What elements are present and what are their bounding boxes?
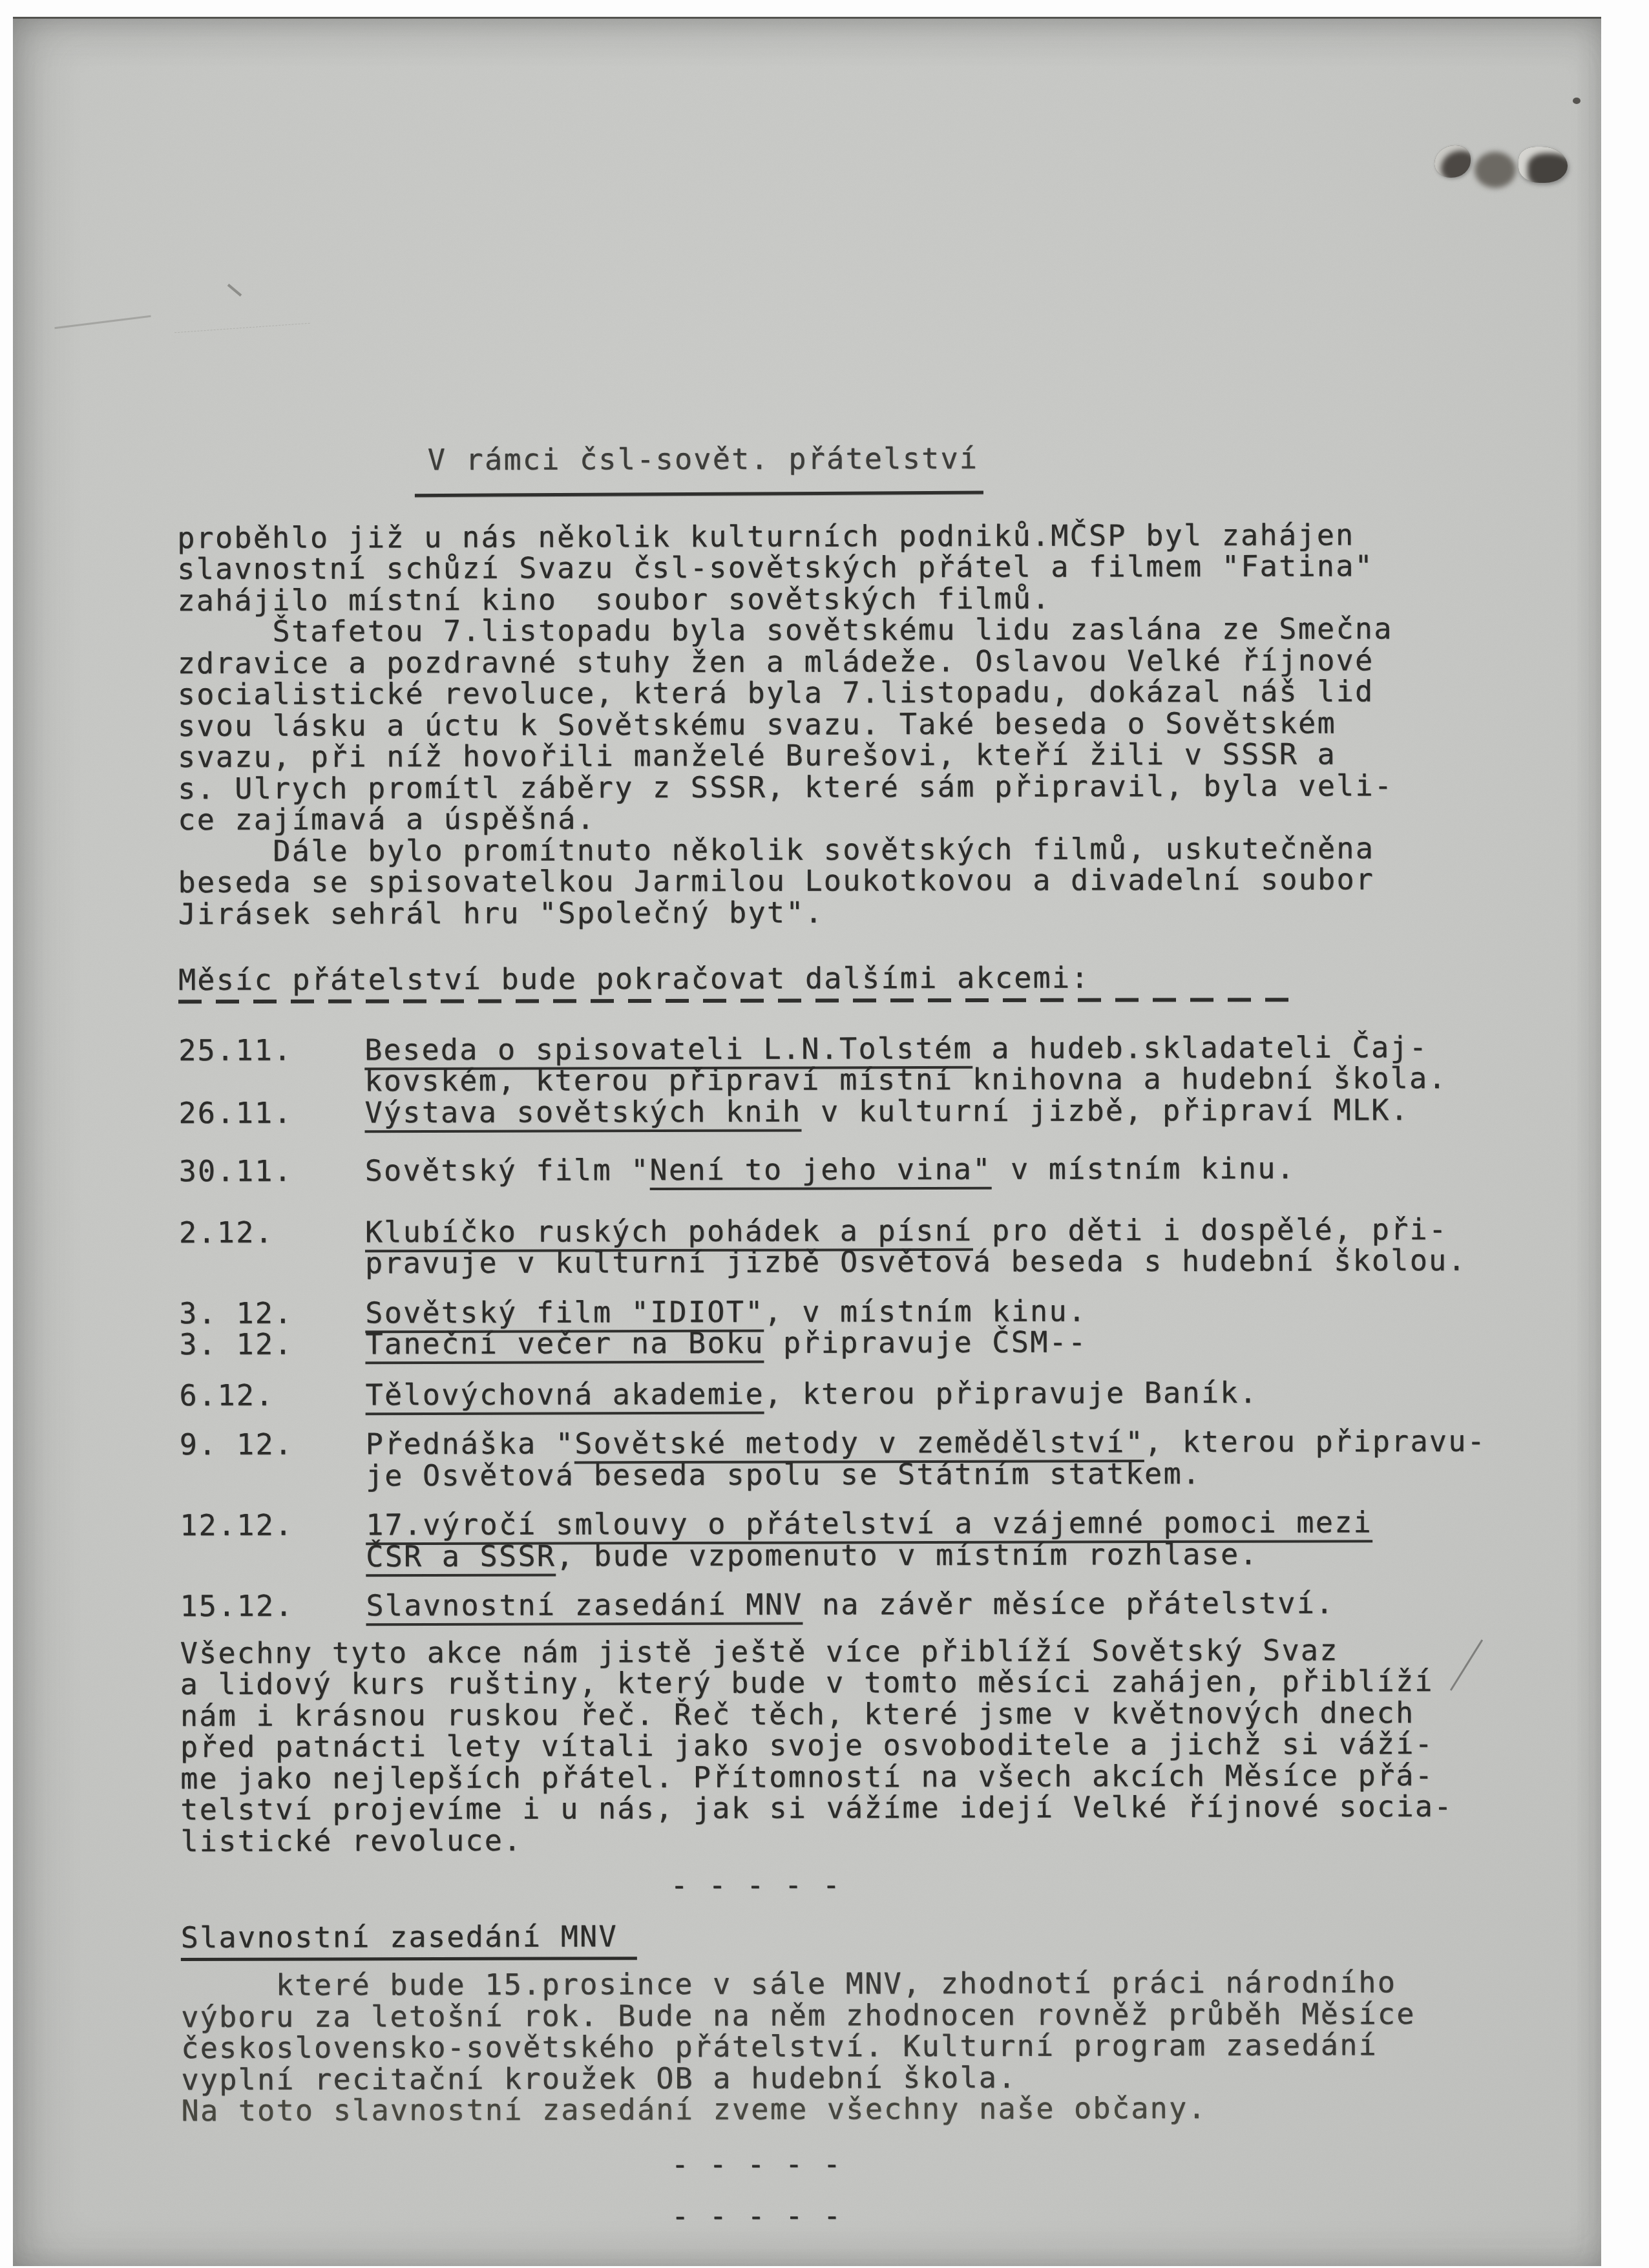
schedule-item-date: 25.11. [178, 1034, 364, 1098]
text-line: Klubíčko ruských pohádek a písní pro dět… [365, 1213, 1471, 1248]
schedule-item: 3. 12.Taneční večer na Boku připravuje Č… [179, 1326, 1471, 1361]
text-line: beseda se spisovatelkou Jarmilou Loukotk… [178, 864, 1470, 899]
schedule-item: 30.11.Sovětský film "Není to jeho vina" … [179, 1153, 1471, 1188]
meeting-heading: Slavnostní zasedání MNV [181, 1918, 1473, 1953]
text-line: pravuje v kulturní jizbě Osvětová beseda… [365, 1245, 1471, 1279]
separator-dashes: - - - - - [671, 2147, 1474, 2180]
schedule-item-text: Beseda o spisovateli L.N.Tolstém a hudeb… [364, 1031, 1471, 1097]
text-line: slavnostní schůzí Svazu čsl-sovětských p… [177, 551, 1469, 585]
closing-paragraph: Všechny tyto akce nám jistě ještě více p… [180, 1634, 1473, 1857]
text-line: vyplní recitační kroužek OB a hudební šk… [181, 2061, 1473, 2095]
underlined-text: ČSR a SSSR [366, 1538, 556, 1577]
text-line: před patnácti lety vítali jako svoje osv… [180, 1728, 1473, 1763]
schedule-item-date: 3. 12. [179, 1328, 365, 1360]
text-segment: pravuje v kulturní jizbě Osvětová beseda… [365, 1243, 1467, 1280]
text-line: Beseda o spisovateli L.N.Tolstém a hudeb… [364, 1031, 1471, 1066]
schedule-item: 15.12.Slavnostní zasedání MNV na závěr m… [180, 1588, 1472, 1622]
schedule-item-text: Sovětský film "Není to jeho vina" v míst… [365, 1153, 1471, 1187]
intro-paragraph: proběhlo již u nás několik kulturních po… [177, 519, 1471, 930]
text-line: ČSR a SSSR, bude vzpomenuto v místním ro… [366, 1538, 1472, 1572]
schedule-item-text: Slavnostní zasedání MNV na závěr měsíce … [366, 1588, 1472, 1622]
pencil-smudge [54, 315, 151, 329]
text-segment: , bude vzpomenuto v místním rozhlase. [556, 1537, 1259, 1573]
schedule-item-date: 6.12. [180, 1380, 366, 1411]
text-line: Přednáška "Sovětské metody v zemědělství… [366, 1426, 1486, 1460]
schedule-item-date: 9. 12. [180, 1429, 366, 1492]
schedule-item: 2.12.Klubíčko ruských pohádek a písní pr… [179, 1213, 1471, 1279]
schedule-item-text: Tělovýchovná akademie, kterou připravuje… [366, 1376, 1472, 1411]
schedule-item: 6.12.Tělovýchovná akademie, kterou připr… [180, 1376, 1472, 1411]
text-segment: v kulturní jizbě, připraví MLK. [801, 1093, 1409, 1128]
underlined-text: Výstava sovětských knih [364, 1094, 801, 1133]
text-segment: pro děti i dospělé, při- [972, 1212, 1447, 1247]
ink-stain [1518, 147, 1568, 183]
ink-stain [1475, 152, 1516, 188]
schedule-item-date: 3. 12. [179, 1297, 365, 1329]
schedule-item-date: 26.11. [178, 1097, 364, 1129]
text-segment: připravuje ČSM-- [764, 1325, 1087, 1360]
schedule-item-text: 17.výročí smlouvy o přátelství a vzájemn… [366, 1507, 1472, 1572]
text-line: 17.výročí smlouvy o přátelství a vzájemn… [366, 1507, 1472, 1541]
text-line: Jirásek sehrál hru "Společný byt". [178, 895, 1471, 930]
underlined-text: Tělovýchovná akademie [366, 1376, 764, 1415]
schedule-heading: Měsíc přátelství bude pokračovat dalšími… [178, 961, 1471, 996]
text-segment: Sovětský film " [365, 1153, 650, 1188]
title-underline [415, 490, 983, 497]
text-line: Štafetou 7.listopadu byla sovětskému lid… [177, 613, 1469, 648]
text-segment: , v místním kinu. [764, 1294, 1087, 1328]
text-segment: na závěr měsíce přátelství. [803, 1586, 1334, 1621]
text-segment: a hudeb.skladateli Čaj- [972, 1029, 1429, 1065]
schedule-item: 25.11.Beseda o spisovateli L.N.Tolstém a… [178, 1031, 1471, 1097]
schedule-list: 25.11.Beseda o spisovateli L.N.Tolstém a… [178, 1031, 1472, 1622]
schedule-item: 26.11.Výstava sovětských knih v kulturní… [178, 1094, 1471, 1129]
text-line: Sovětský film "Není to jeho vina" v míst… [365, 1153, 1471, 1187]
text-line: telství projevíme i u nás, jak si vážíme… [180, 1791, 1473, 1826]
text-segment: Přednáška " [366, 1426, 574, 1461]
document-content: V rámci čsl-sovět. přátelství proběhlo j… [176, 16, 1474, 2234]
text-line: Slavnostní zasedání MNV na závěr měsíce … [366, 1588, 1472, 1622]
schedule-item: 3. 12.Sovětský film "IDIOT", v místním k… [179, 1294, 1471, 1329]
text-line: Sovětský film "IDIOT", v místním kinu. [365, 1294, 1471, 1328]
schedule-heading-underline [178, 998, 1303, 1003]
text-segment: je Osvětová beseda spolu se Státním stat… [366, 1456, 1201, 1492]
text-line: a lidový kurs ruštiny, který bude v tomt… [180, 1666, 1473, 1701]
text-line: socialistické revoluce, která byla 7.lis… [178, 676, 1470, 711]
schedule-item-text: Přednáška "Sovětské metody v zemědělství… [366, 1426, 1486, 1492]
schedule-item: 12.12.17.výročí smlouvy o přátelství a v… [180, 1507, 1472, 1573]
schedule-item-text: Klubíčko ruských pohádek a písní pro dět… [365, 1213, 1471, 1279]
text-line: s. Ulrych promítl záběry z SSSR, které s… [178, 770, 1470, 804]
text-line: Taneční večer na Boku připravuje ČSM-- [365, 1326, 1471, 1360]
schedule-item-text: Sovětský film "IDIOT", v místním kinu. [365, 1294, 1471, 1328]
ink-stain [1573, 98, 1581, 104]
text-line: ce zajímavá a úspěšná. [178, 801, 1470, 836]
schedule-item-date: 12.12. [180, 1509, 366, 1573]
separator-dashes: - - - - - [671, 1868, 1473, 1902]
underlined-text: Slavnostní zasedání MNV [366, 1587, 803, 1626]
underlined-text: Taneční večer na Boku [365, 1326, 764, 1365]
text-segment: , kterou připravu- [1144, 1424, 1486, 1459]
text-line: československo-sovětského přátelství. Ku… [181, 2030, 1473, 2064]
page-title: V rámci čsl-sovět. přátelství [428, 442, 1469, 476]
text-line: které bude 15.prosince v sále MNV, zhodn… [181, 1967, 1473, 2002]
schedule-item-text: Výstava sovětských knih v kulturní jizbě… [364, 1094, 1471, 1128]
schedule-item-text: Taneční večer na Boku připravuje ČSM-- [365, 1326, 1471, 1360]
text-line: Na toto slavnostní zasedání zveme všechn… [181, 2092, 1473, 2127]
document-page: V rámci čsl-sovět. přátelství proběhlo j… [13, 17, 1601, 2266]
text-line: listické revoluce. [180, 1822, 1473, 1857]
text-line: je Osvětová beseda spolu se Státním stat… [366, 1457, 1486, 1491]
underlined-text: Není to jeho vina" [649, 1152, 991, 1190]
separator-dashes: - - - - - [671, 2199, 1474, 2232]
text-line: kovském, kterou připraví místní knihovna… [364, 1063, 1471, 1097]
meeting-paragraph: které bude 15.prosince v sále MNV, zhodn… [181, 1967, 1474, 2127]
text-segment: , kterou připravuje Baník. [764, 1375, 1258, 1411]
text-line: svazu, při níž hovořili manželé Burešovi… [178, 739, 1470, 773]
meeting-heading-text: Slavnostní zasedání MNV [181, 1919, 637, 1961]
schedule-item-date: 2.12. [179, 1217, 365, 1280]
schedule-item: 9. 12.Přednáška "Sovětské metody v zeměd… [180, 1426, 1472, 1492]
text-line: Výstava sovětských knih v kulturní jizbě… [364, 1094, 1471, 1128]
schedule-item-date: 30.11. [179, 1155, 365, 1187]
schedule-item-date: 15.12. [180, 1590, 366, 1622]
text-segment: v místním kinu. [992, 1151, 1296, 1186]
text-line: Tělovýchovná akademie, kterou připravuje… [366, 1376, 1472, 1411]
